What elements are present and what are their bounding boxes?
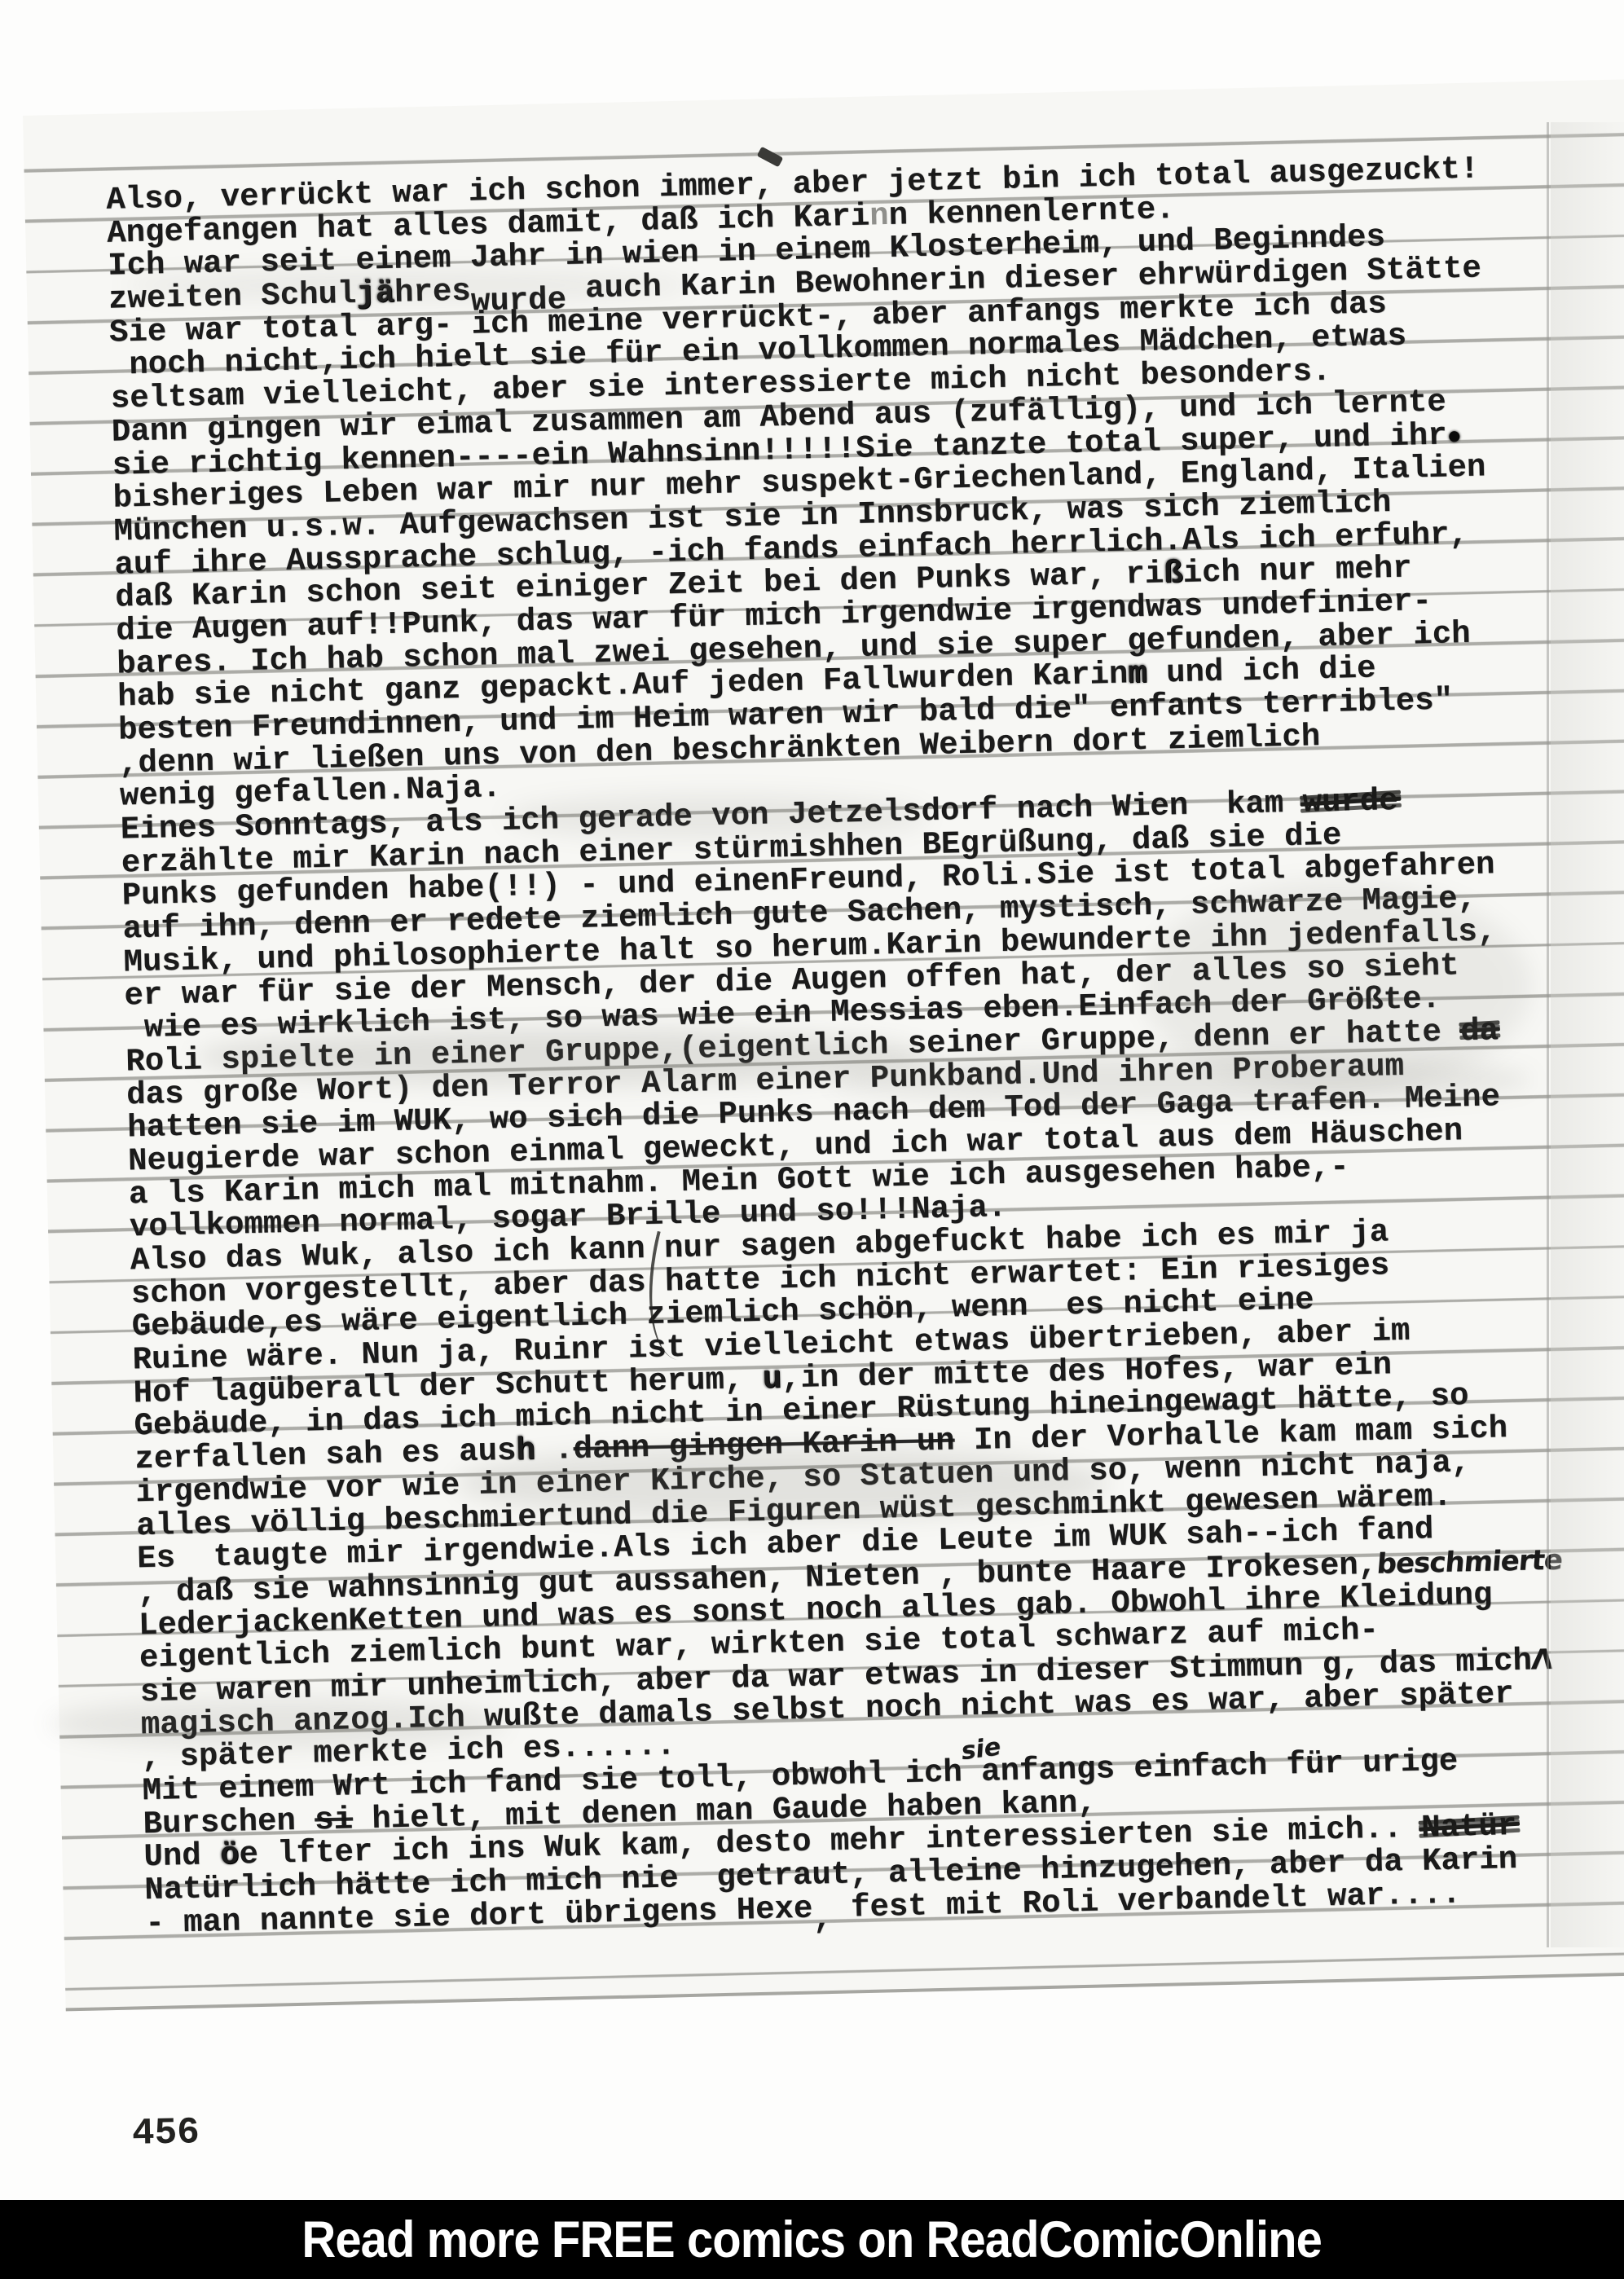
- text-segment: jä: [356, 275, 395, 312]
- text-segment: ,: [812, 1903, 832, 1936]
- text-segment: ö: [220, 1837, 240, 1874]
- text-segment: si: [315, 1802, 354, 1838]
- text-segment: hres: [394, 274, 472, 311]
- text-segment: n: [869, 198, 889, 235]
- text-segment: ß: [1164, 556, 1183, 592]
- text-segment: m: [1128, 656, 1147, 693]
- scanner-margin: [1551, 122, 1624, 1947]
- text-segment: beschmierte: [1375, 1543, 1564, 1581]
- text-segment: ●: [1446, 424, 1460, 451]
- scanned-page: Also, verrückt war ich schon immer, aber…: [0, 0, 1624, 2279]
- text-segment: wurde: [471, 284, 567, 319]
- text-segment: u: [762, 1361, 781, 1397]
- text-segment: .: [535, 1432, 574, 1468]
- scanned-paper-sheet: Also, verrückt war ich schon immer, aber…: [23, 79, 1624, 2011]
- page-number: 456: [132, 2111, 200, 2154]
- text-segment: h: [516, 1432, 535, 1469]
- paper-right-edge: [1547, 122, 1549, 1947]
- ad-banner[interactable]: Read more FREE comics on ReadComicOnline: [0, 2200, 1624, 2279]
- typed-lines: Also, verrückt war ich schon immer, aber…: [23, 79, 1624, 1942]
- ad-banner-text: Read more FREE comics on ReadComicOnline: [302, 2211, 1323, 2269]
- text-segment: wurde: [1302, 783, 1398, 821]
- text-segment: Natür: [1421, 1808, 1517, 1846]
- text-segment: Und: [143, 1837, 221, 1875]
- text-segment: da: [1460, 1013, 1499, 1049]
